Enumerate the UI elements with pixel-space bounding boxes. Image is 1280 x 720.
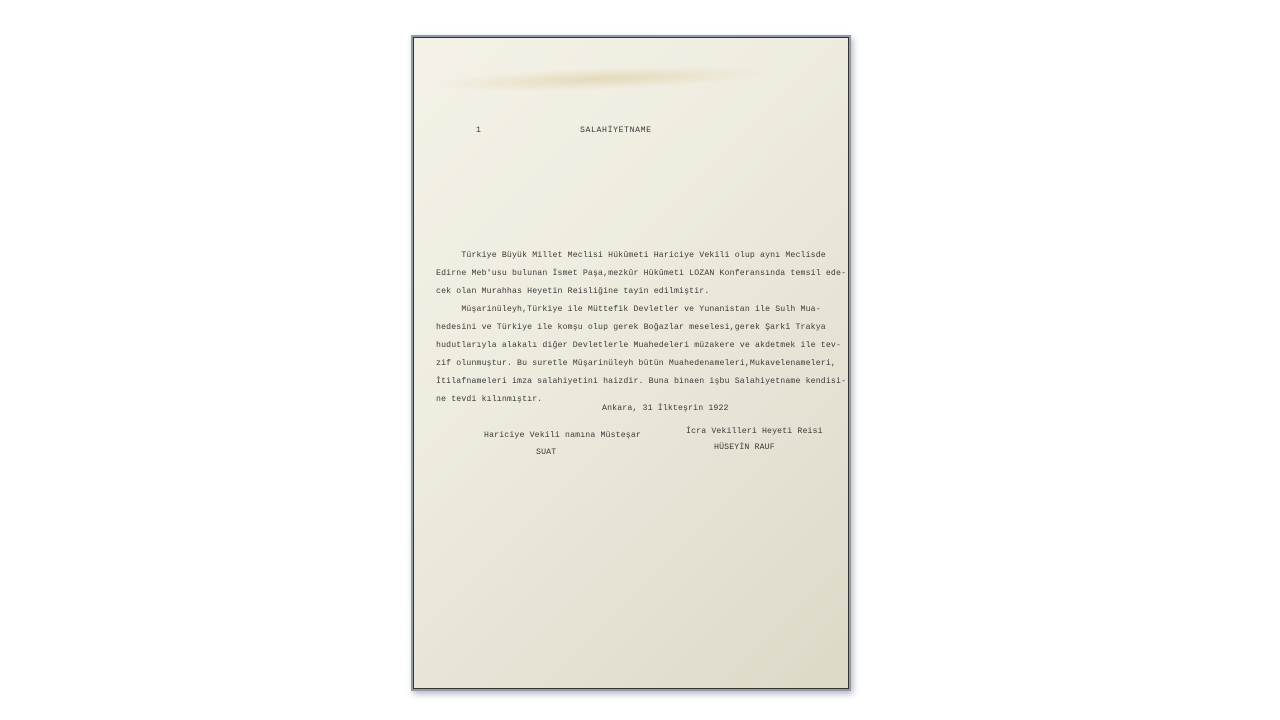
body-line: hudutlarıyla alakalı diğer Devletlerle M… [436,341,841,350]
body-line: cek olan Murahhas Heyetin Reisliğine tay… [436,287,709,296]
body-line: ne tevdi kılınmıştır. [436,395,542,404]
signatory-right-role: İcra Vekilleri Heyeti Reisi [686,427,823,436]
body-line: İtilafnameleri imza salahiyetini haizdir… [436,377,846,386]
signatory-left-role: Hariciye Vekili namına Müsteşar [484,431,641,440]
page-number: 1 [476,126,481,135]
body-line: Müşarinüleyh,Türkiye ile Müttefik Devlet… [436,305,821,314]
body-line: Türkiye Büyük Millet Meclisi Hükûmeti Ha… [436,251,826,260]
document-title: SALAHİYETNAME [580,126,652,135]
body-line: hedesini ve Türkiye ile komşu olup gerek… [436,323,826,332]
signatory-left-name: SUAT [536,448,556,457]
document-page: 1 SALAHİYETNAME Türkiye Büyük Millet Mec… [413,37,849,689]
paper-stain [434,62,765,96]
signatory-right-name: HÜSEYİN RAUF [714,443,775,452]
body-line: zif olunmuştur. Bu suretle Müşarinüleyh … [436,359,836,368]
document-frame: 1 SALAHİYETNAME Türkiye Büyük Millet Mec… [411,35,851,691]
place-date: Ankara, 31 İlkteşrin 1922 [602,404,729,413]
body-line: Edirne Meb'usu bulunan İsmet Paşa,mezkûr… [436,269,846,278]
